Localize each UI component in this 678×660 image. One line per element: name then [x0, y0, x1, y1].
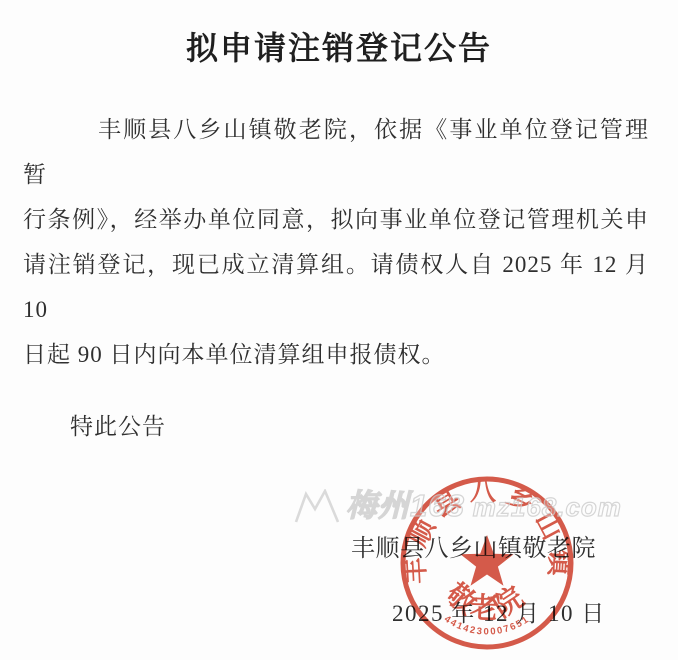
closing-line: 特此公告	[0, 404, 678, 449]
announcement-body: 丰顺县八乡山镇敬老院，依据《事业单位登记管理暂 行条例》，经举办单位同意，拟向事…	[0, 107, 678, 377]
body-line-4: 日起 90 日内向本单位清算组申报债权。	[23, 332, 649, 377]
watermark-logo-icon	[294, 489, 340, 523]
seal-star-icon	[460, 535, 513, 586]
body-line-1: 丰顺县八乡山镇敬老院，依据《事业单位登记管理暂	[23, 107, 649, 197]
page-title: 拟申请注销登记公告	[0, 26, 678, 70]
body-line-2: 行条例》，经举办单位同意，拟向事业单位登记管理机关申	[23, 197, 649, 242]
announcement-document: 拟申请注销登记公告 丰顺县八乡山镇敬老院，依据《事业单位登记管理暂 行条例》，经…	[0, 0, 678, 660]
body-line-3: 请注销登记，现已成立清算组。请债权人自 2025 年 12 月 10	[23, 242, 649, 332]
official-seal-stamp: 丰顺县八乡山镇 敬老院 4414230007651	[395, 471, 579, 655]
